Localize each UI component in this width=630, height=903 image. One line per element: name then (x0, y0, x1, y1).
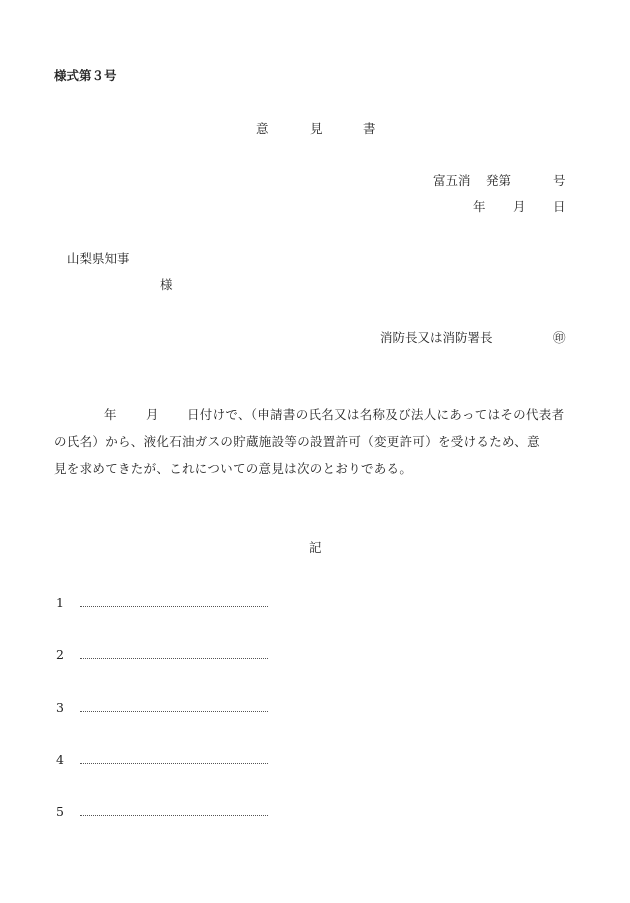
seal-mark: ㊞ (553, 332, 566, 345)
recipient-name: 山梨県知事 (67, 253, 130, 266)
form-number: 様式第３号 (54, 70, 117, 83)
body-month: 月 (146, 409, 159, 422)
title-char-3: 書 (363, 123, 376, 136)
item-dotted-line (80, 815, 268, 816)
reference-suffix: 号 (553, 175, 566, 188)
item-number: 3 (56, 700, 64, 715)
recipient-honorific: 様 (160, 279, 173, 292)
item-dotted-line (80, 763, 268, 764)
title-char-2: 見 (310, 123, 323, 136)
sender-title: 消防長又は消防署長 (380, 332, 493, 345)
document-title: 意 見 書 (0, 123, 630, 137)
item-dotted-line (80, 658, 268, 659)
reference-prefix: 富五消 (433, 175, 471, 188)
item-dotted-line (80, 606, 268, 607)
date-month: 月 (513, 201, 526, 214)
body-line-2: の氏名）から、液化石油ガスの貯蔵施設等の設置許可（変更許可）を受けるため、意 (54, 436, 584, 449)
title-char-1: 意 (256, 123, 269, 136)
item-number: 2 (56, 647, 64, 662)
body-line-3: 見を求めてきたが、これについての意見は次のとおりである。 (54, 463, 584, 476)
reference-issue: 発第 (486, 175, 511, 188)
body-year: 年 (104, 409, 117, 422)
note-heading: 記 (309, 542, 322, 555)
date-year: 年 (473, 201, 486, 214)
date-day: 日 (553, 201, 566, 214)
item-number: 1 (56, 595, 64, 610)
item-number: 5 (56, 804, 64, 819)
body-line-1: 日付けで、（申請書の氏名又は名称及び法人にあってはその代表者 (187, 409, 564, 422)
item-dotted-line (80, 711, 268, 712)
item-number: 4 (56, 752, 64, 767)
